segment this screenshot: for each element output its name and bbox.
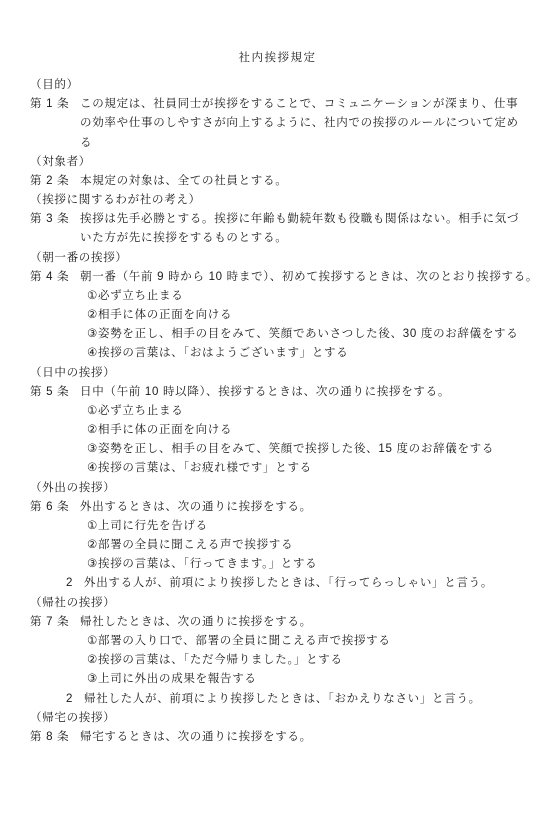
doc-line-item: ①上司に行先を告げる <box>30 517 525 536</box>
article-number: 第 5 条 <box>30 383 80 402</box>
line-text: 外出する人が、前項により挨拶したときは、「行ってらっしゃい」と言う。 <box>84 574 525 593</box>
doc-line-heading: （挨拶に関するわが社の考え） <box>30 191 525 210</box>
doc-line-article: 第 6 条外出するときは、次の通りに挨拶をする。 <box>30 498 525 517</box>
line-text: 帰宅するときは、次の通りに挨拶をする。 <box>80 728 525 747</box>
doc-line-article: 第 1 条この規定は、社員同士が挨拶をすることで、コミュニケーションが深まり、仕… <box>30 95 525 114</box>
line-text: 本規定の対象は、全ての社員とする。 <box>80 172 525 191</box>
doc-line-item: ④挨拶の言葉は、「お疲れ様です」とする <box>30 459 525 478</box>
doc-line-item: ①部署の入り口で、部署の全員に聞こえる声で挨拶する <box>30 632 525 651</box>
article-number: 第 7 条 <box>30 613 80 632</box>
document-page: 社内挨拶規定 （目的）第 1 条この規定は、社員同士が挨拶をすることで、コミュニ… <box>0 0 551 824</box>
doc-line-article: 第 8 条帰宅するときは、次の通りに挨拶をする。 <box>30 728 525 747</box>
document-body: （目的）第 1 条この規定は、社員同士が挨拶をすることで、コミュニケーションが深… <box>30 76 525 747</box>
doc-line-article: 第 3 条挨拶は先手必勝とする。挨拶に年齢も勤続年数も役職も関係はない。相手に気… <box>30 210 525 229</box>
doc-line-item: ③上司に外出の成果を報告する <box>30 670 525 689</box>
doc-line-cont: る <box>30 134 525 153</box>
doc-line-heading: （帰社の挨拶） <box>30 594 525 613</box>
article-number: 第 8 条 <box>30 728 80 747</box>
doc-line-sub: 2帰社した人が、前項により挨拶したときは、「おかえりなさい」と言う。 <box>30 690 525 709</box>
document-title: 社内挨拶規定 <box>30 49 525 68</box>
line-text: 朝一番（午前 9 時から 10 時まで）、初めて挨拶するときは、次のとおり挨拶す… <box>80 268 538 287</box>
doc-line-item: ②相手に体の正面を向ける <box>30 306 525 325</box>
article-number: 第 4 条 <box>30 268 80 287</box>
doc-line-sub: 2外出する人が、前項により挨拶したときは、「行ってらっしゃい」と言う。 <box>30 574 525 593</box>
doc-line-article: 第 5 条日中（午前 10 時以降）、挨拶するときは、次の通りに挨拶をする。 <box>30 383 525 402</box>
paragraph-number: 2 <box>66 574 84 593</box>
line-text: 挨拶は先手必勝とする。挨拶に年齢も勤続年数も役職も関係はない。相手に気づ <box>80 210 525 229</box>
line-text: 外出するときは、次の通りに挨拶をする。 <box>80 498 525 517</box>
paragraph-number: 2 <box>66 690 84 709</box>
doc-line-item: ①必ず立ち止まる <box>30 402 525 421</box>
line-text: この規定は、社員同士が挨拶をすることで、コミュニケーションが深まり、仕事 <box>80 95 525 114</box>
doc-line-heading: （対象者） <box>30 153 525 172</box>
doc-line-cont: の効率や仕事のしやすさが向上するように、社内での挨拶のルールについて定め <box>30 114 525 133</box>
line-text: 帰社した人が、前項により挨拶したときは、「おかえりなさい」と言う。 <box>84 690 525 709</box>
article-number: 第 1 条 <box>30 95 80 114</box>
article-number: 第 3 条 <box>30 210 80 229</box>
article-number: 第 2 条 <box>30 172 80 191</box>
doc-line-item: ②部署の全員に聞こえる声で挨拶する <box>30 536 525 555</box>
doc-line-article: 第 4 条朝一番（午前 9 時から 10 時まで）、初めて挨拶するときは、次のと… <box>30 268 525 287</box>
article-number: 第 6 条 <box>30 498 80 517</box>
doc-line-heading: （目的） <box>30 76 525 95</box>
doc-line-article: 第 2 条本規定の対象は、全ての社員とする。 <box>30 172 525 191</box>
doc-line-heading: （朝一番の挨拶） <box>30 249 525 268</box>
doc-line-heading: （帰宅の挨拶） <box>30 709 525 728</box>
doc-line-item: ②相手に体の正面を向ける <box>30 421 525 440</box>
doc-line-cont: いた方が先に挨拶をするものとする。 <box>30 229 525 248</box>
doc-line-heading: （日中の挨拶） <box>30 364 525 383</box>
line-text: 帰社したときは、次の通りに挨拶をする。 <box>80 613 525 632</box>
doc-line-item: ③姿勢を正し、相手の目をみて、笑顔であいさつした後、30 度のお辞儀をする <box>30 325 525 344</box>
doc-line-article: 第 7 条帰社したときは、次の通りに挨拶をする。 <box>30 613 525 632</box>
line-text: 日中（午前 10 時以降）、挨拶するときは、次の通りに挨拶をする。 <box>80 383 525 402</box>
doc-line-item: ④挨拶の言葉は、「おはようございます」とする <box>30 344 525 363</box>
doc-line-item: ①必ず立ち止まる <box>30 287 525 306</box>
doc-line-item: ②挨拶の言葉は、「ただ今帰りました。」とする <box>30 651 525 670</box>
doc-line-heading: （外出の挨拶） <box>30 479 525 498</box>
doc-line-item: ③姿勢を正し、相手の目をみて、笑顔で挨拶した後、15 度のお辞儀をする <box>30 440 525 459</box>
doc-line-item: ③挨拶の言葉は、「行ってきます。」とする <box>30 555 525 574</box>
